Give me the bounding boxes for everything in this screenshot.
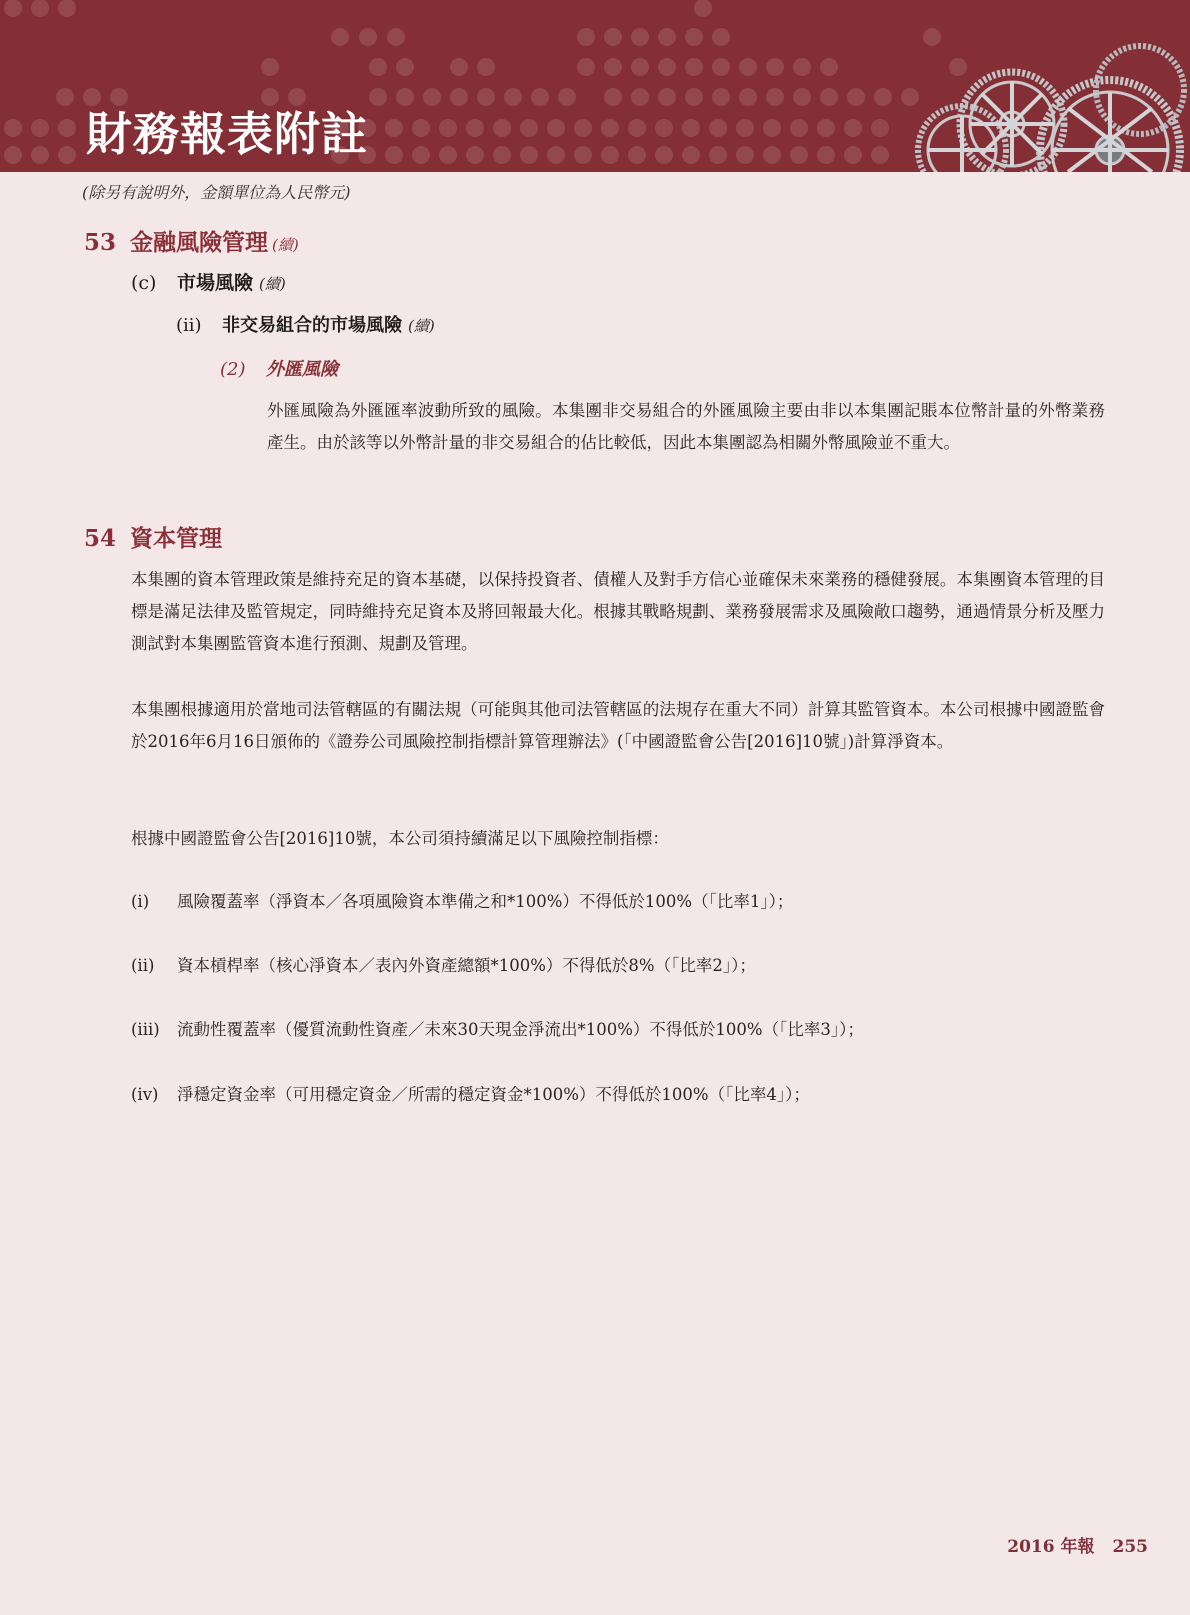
section-title: 資本管理 xyxy=(130,525,222,552)
section-number: 54 xyxy=(84,525,130,552)
subsection-label: (c) xyxy=(131,272,177,294)
section-54-heading: 54資本管理 xyxy=(84,520,222,553)
subsection-ii-heading: (ii)非交易組合的市場風險(續) xyxy=(176,311,435,337)
list-item-label: (i) xyxy=(131,892,177,911)
list-item: (iv)淨穩定資金率（可用穩定資金／所需的穩定資金*100%）不得低於100%（… xyxy=(131,1081,810,1105)
section-53-heading: 53金融風險管理(續) xyxy=(84,224,299,257)
list-item-label: (iv) xyxy=(131,1085,177,1104)
list-item-label: (iii) xyxy=(131,1020,177,1039)
capital-policy-paragraph: 本集團的資本管理政策是維持充足的資本基礎，以保持投資者、債權人及對手方信心並確保… xyxy=(131,564,1105,660)
risk-indicators-intro: 根據中國證監會公告[2016]10號，本公司須持續滿足以下風險控制指標： xyxy=(131,823,1105,855)
subsection-label: (2) xyxy=(220,359,266,380)
subsection-label: (ii) xyxy=(176,315,222,336)
continued-marker: (續) xyxy=(259,275,286,293)
page-footer: 2016 年報255 xyxy=(1007,1532,1148,1557)
header-banner: 財務報表附註 xyxy=(0,0,1190,172)
report-name: 2016 年報 xyxy=(1007,1537,1094,1557)
list-item: (ii)資本槓桿率（核心淨資本／表內外資產總額*100%）不得低於8%（「比率2… xyxy=(131,952,756,976)
regulatory-capital-paragraph: 本集團根據適用於當地司法管轄區的有關法規（可能與其他司法管轄區的法規存在重大不同… xyxy=(131,694,1105,758)
list-item-text: 流動性覆蓋率（優質流動性資產／未來30天現金淨流出*100%）不得低於100%（… xyxy=(177,1020,864,1039)
subsection-title: 非交易組合的市場風險 xyxy=(222,315,402,336)
subsection-c-heading: (c)市場風險(續) xyxy=(131,268,286,295)
page-title: 財務報表附註 xyxy=(86,106,368,162)
subsection-2-heading: (2)外匯風險 xyxy=(220,355,338,381)
list-item-text: 淨穩定資金率（可用穩定資金／所需的穩定資金*100%）不得低於100%（「比率4… xyxy=(177,1085,810,1104)
continued-marker: (續) xyxy=(272,236,299,254)
list-item-text: 資本槓桿率（核心淨資本／表內外資產總額*100%）不得低於8%（「比率2」）； xyxy=(177,956,756,975)
list-item: (iii)流動性覆蓋率（優質流動性資產／未來30天現金淨流出*100%）不得低於… xyxy=(131,1016,864,1040)
list-item-label: (ii) xyxy=(131,956,177,975)
subsection-title: 市場風險 xyxy=(177,272,253,294)
list-item-text: 風險覆蓋率（淨資本／各項風險資本準備之和*100%）不得低於100%（「比率1」… xyxy=(177,892,793,911)
section-title: 金融風險管理 xyxy=(130,229,268,256)
continued-marker: (續) xyxy=(408,317,435,335)
gears-illustration xyxy=(900,40,1190,172)
fx-risk-paragraph: 外匯風險為外匯匯率波動所致的風險。本集團非交易組合的外匯風險主要由非以本集團記賬… xyxy=(267,395,1105,459)
subsection-title: 外匯風險 xyxy=(266,359,338,380)
page-number: 255 xyxy=(1113,1537,1149,1557)
currency-note: (除另有說明外，金額單位為人民幣元) xyxy=(82,180,351,203)
section-number: 53 xyxy=(84,229,130,256)
list-item: (i)風險覆蓋率（淨資本／各項風險資本準備之和*100%）不得低於100%（「比… xyxy=(131,888,793,912)
